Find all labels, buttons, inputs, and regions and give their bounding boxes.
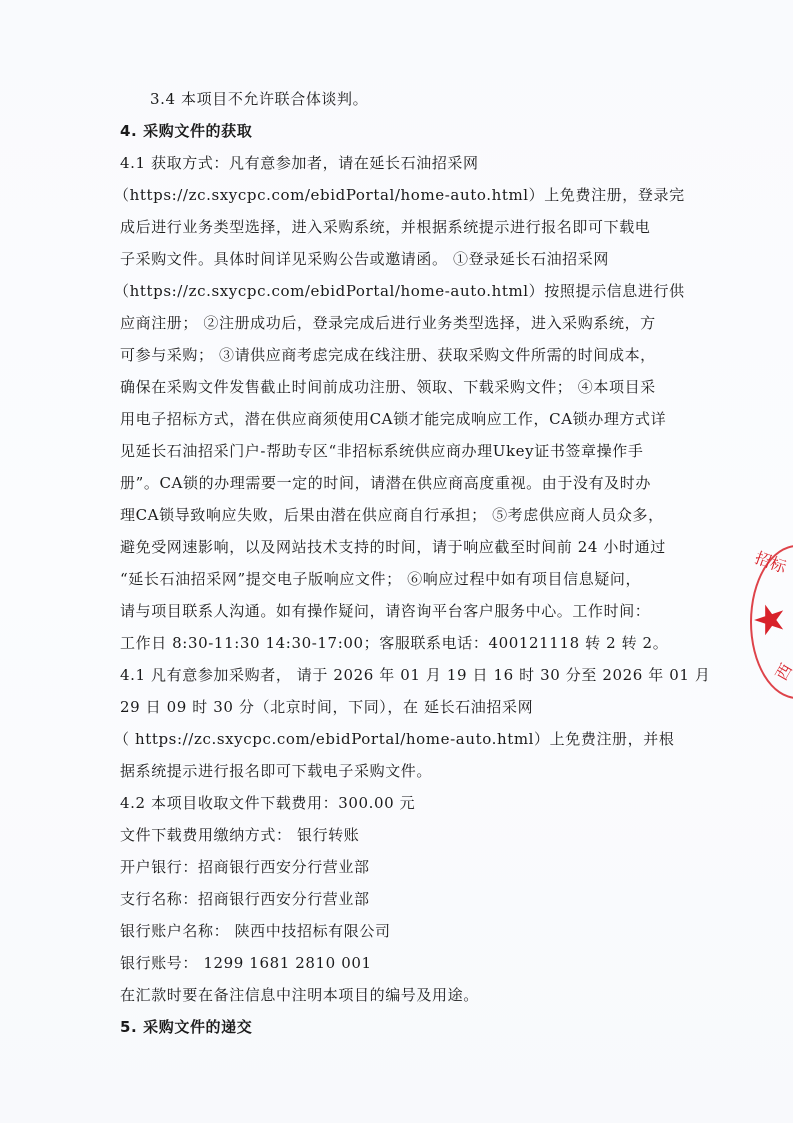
paragraph-line-url: （https://zc.sxycpc.com/ebidPortal/home-a… xyxy=(114,281,685,301)
paragraph-line: 可参与采购； ③请供应商考虑完成在线注册、获取采购文件所需的时间成本， xyxy=(120,345,656,365)
paragraph-line: “延长石油招采网”提交电子版响应文件； ⑥响应过程中如有项目信息疑问， xyxy=(120,569,641,589)
paragraph-line: 请与项目联系人沟通。如有操作疑问，请咨询平台客户服务中心。工作时间： xyxy=(120,601,650,621)
payment-method-line: 文件下载费用缴纳方式： 银行转账 xyxy=(120,825,359,845)
paragraph-line: 据系统提示进行报名即可下载电子采购文件。 xyxy=(120,761,432,781)
account-name-line: 银行账户名称： 陕西中技招标有限公司 xyxy=(120,921,391,941)
paragraph-line: 应商注册； ②注册成功后，登录完成后进行业务类型选择，进入采购系统，方 xyxy=(120,313,656,333)
paragraph-line-url: （https://zc.sxycpc.com/ebidPortal/home-a… xyxy=(114,185,685,205)
bank-name-line: 开户银行：招商银行西安分行营业部 xyxy=(120,857,370,877)
registration-period-line: 4.1 凡有意参加采购者， 请于 2026 年 01 月 19 日 16 时 3… xyxy=(120,665,711,685)
download-fee-line: 4.2 本项目收取文件下载费用：300.00 元 xyxy=(120,793,415,813)
paragraph-line: 避免受网速影响，以及网站技术支持的时间，请于响应截至时间前 24 小时通过 xyxy=(120,537,666,557)
account-number-line: 银行账号： 1299 1681 2810 001 xyxy=(120,953,372,973)
working-hours-line: 工作日 8:30-11:30 14:30-17:00；客服联系电话：400121… xyxy=(120,633,668,653)
paragraph-line-url: （ https://zc.sxycpc.com/ebidPortal/home-… xyxy=(114,729,674,749)
paragraph-line: 用电子招标方式，潜在供应商须使用CA锁才能完成响应工作，CA锁办理方式详 xyxy=(120,409,666,429)
paragraph-line: 成后进行业务类型选择，进入采购系统，并根据系统提示进行报名即可下载电 xyxy=(120,217,650,237)
paragraph-line: 4.1 获取方式：凡有意参加者，请在延长石油招采网 xyxy=(120,153,479,173)
section-4-heading: 4. 采购文件的获取 xyxy=(120,121,252,141)
document-page: 3.4 本项目不允许联合体谈判。 4. 采购文件的获取 4.1 获取方式：凡有意… xyxy=(0,0,793,1123)
paragraph-line: 子采购文件。具体时间详见采购公告或邀请函。 ①登录延长石油招采网 xyxy=(120,249,609,269)
registration-period-line: 29 日 09 时 30 分（北京时间，下同），在 延长石油招采网 xyxy=(120,697,533,717)
section-5-heading: 5. 采购文件的递交 xyxy=(120,1017,252,1037)
branch-name-line: 支行名称：招商银行西安分行营业部 xyxy=(120,889,370,909)
clause-3-4: 3.4 本项目不允许联合体谈判。 xyxy=(150,89,368,109)
paragraph-line: 见延长石油招采门户-帮助专区“非招标系统供应商办理Ukey证书签章操作手 xyxy=(120,441,643,461)
paragraph-line: 册”。CA锁的办理需要一定的时间，请潜在供应商高度重视。由于没有及时办 xyxy=(120,473,651,493)
paragraph-line: 确保在采购文件发售截止时间前成功注册、领取、下载采购文件； ④本项目采 xyxy=(120,377,656,397)
paragraph-line: 理CA锁导致响应失败，后果由潜在供应商自行承担； ⑤考虑供应商人员众多， xyxy=(120,505,664,525)
seal-star-icon: ★ xyxy=(750,602,790,638)
remittance-note-line: 在汇款时要在备注信息中注明本项目的编号及用途。 xyxy=(120,985,479,1005)
